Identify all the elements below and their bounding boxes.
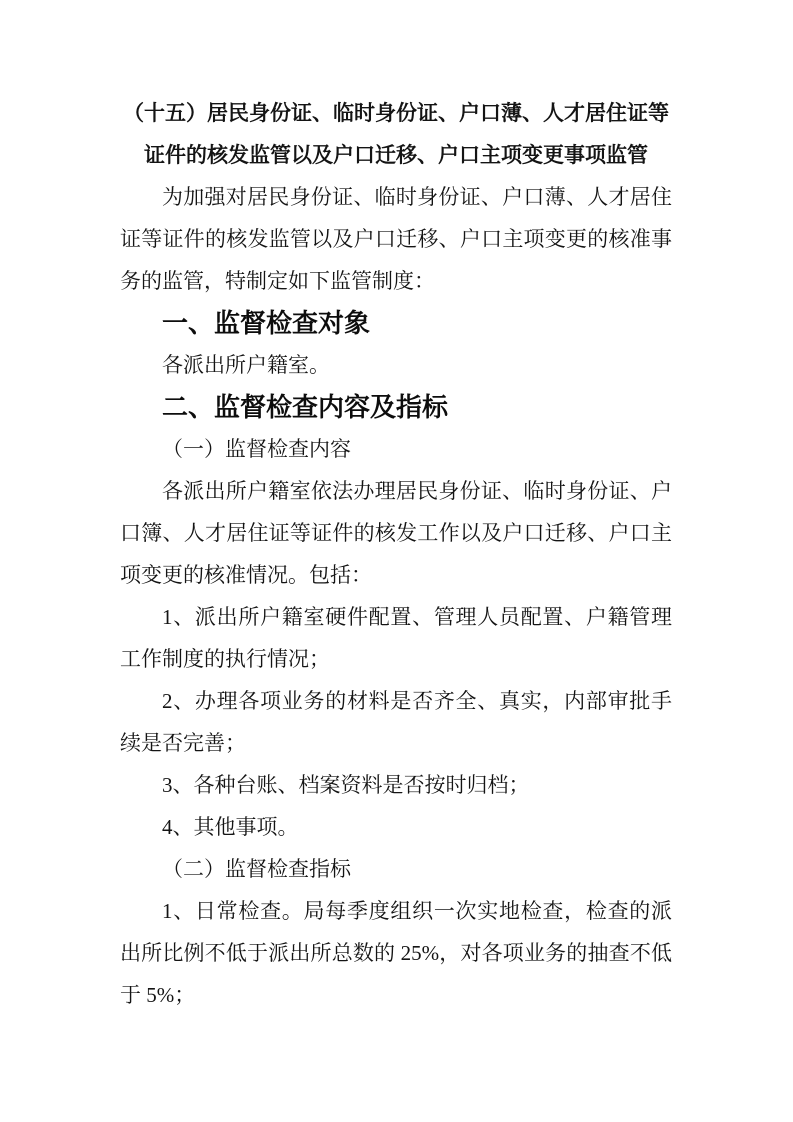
list-item-line: 1、日常检查。局每季度组织一次实地检查，检查的派 [120, 890, 672, 932]
paragraph-line: 各派出所户籍室依法办理居民身份证、临时身份证、户 [120, 470, 672, 512]
list-item-line: 4、其他事项。 [120, 806, 672, 848]
paragraph-line: 务的监管，特制定如下监管制度： [120, 260, 672, 302]
document-page: （十五）居民身份证、临时身份证、户口薄、人才居住证等 证件的核发监管以及户口迁移… [0, 0, 793, 1122]
list-item-line: 2、办理各项业务的材料是否齐全、真实，内部审批手 [120, 680, 672, 722]
list-item-line: 于 5%； [120, 974, 672, 1016]
section-heading-1: 一、监督检查对象 [120, 302, 672, 344]
paragraph-line: 各派出所户籍室。 [120, 344, 672, 386]
paragraph-line: 证等证件的核发监管以及户口迁移、户口主项变更的核准事 [120, 218, 672, 260]
paragraph-line: 为加强对居民身份证、临时身份证、户口薄、人才居住 [120, 176, 672, 218]
list-item-line: 续是否完善； [120, 722, 672, 764]
list-item-line: 3、各种台账、档案资料是否按时归档； [120, 764, 672, 806]
subsection-heading-2: （二）监督检查指标 [120, 848, 672, 890]
list-item-line: 工作制度的执行情况； [120, 638, 672, 680]
paragraph-line: 项变更的核准情况。包括： [120, 554, 672, 596]
section-heading-2: 二、监督检查内容及指标 [120, 386, 672, 428]
list-item-line: 1、派出所户籍室硬件配置、管理人员配置、户籍管理 [120, 596, 672, 638]
document-title-line-1: （十五）居民身份证、临时身份证、户口薄、人才居住证等 [120, 92, 672, 134]
document-title-line-2: 证件的核发监管以及户口迁移、户口主项变更事项监管 [120, 134, 672, 176]
subsection-heading-1: （一）监督检查内容 [120, 428, 672, 470]
list-item-line: 出所比例不低于派出所总数的 25%，对各项业务的抽查不低 [120, 932, 672, 974]
paragraph-line: 口簿、人才居住证等证件的核发工作以及户口迁移、户口主 [120, 512, 672, 554]
